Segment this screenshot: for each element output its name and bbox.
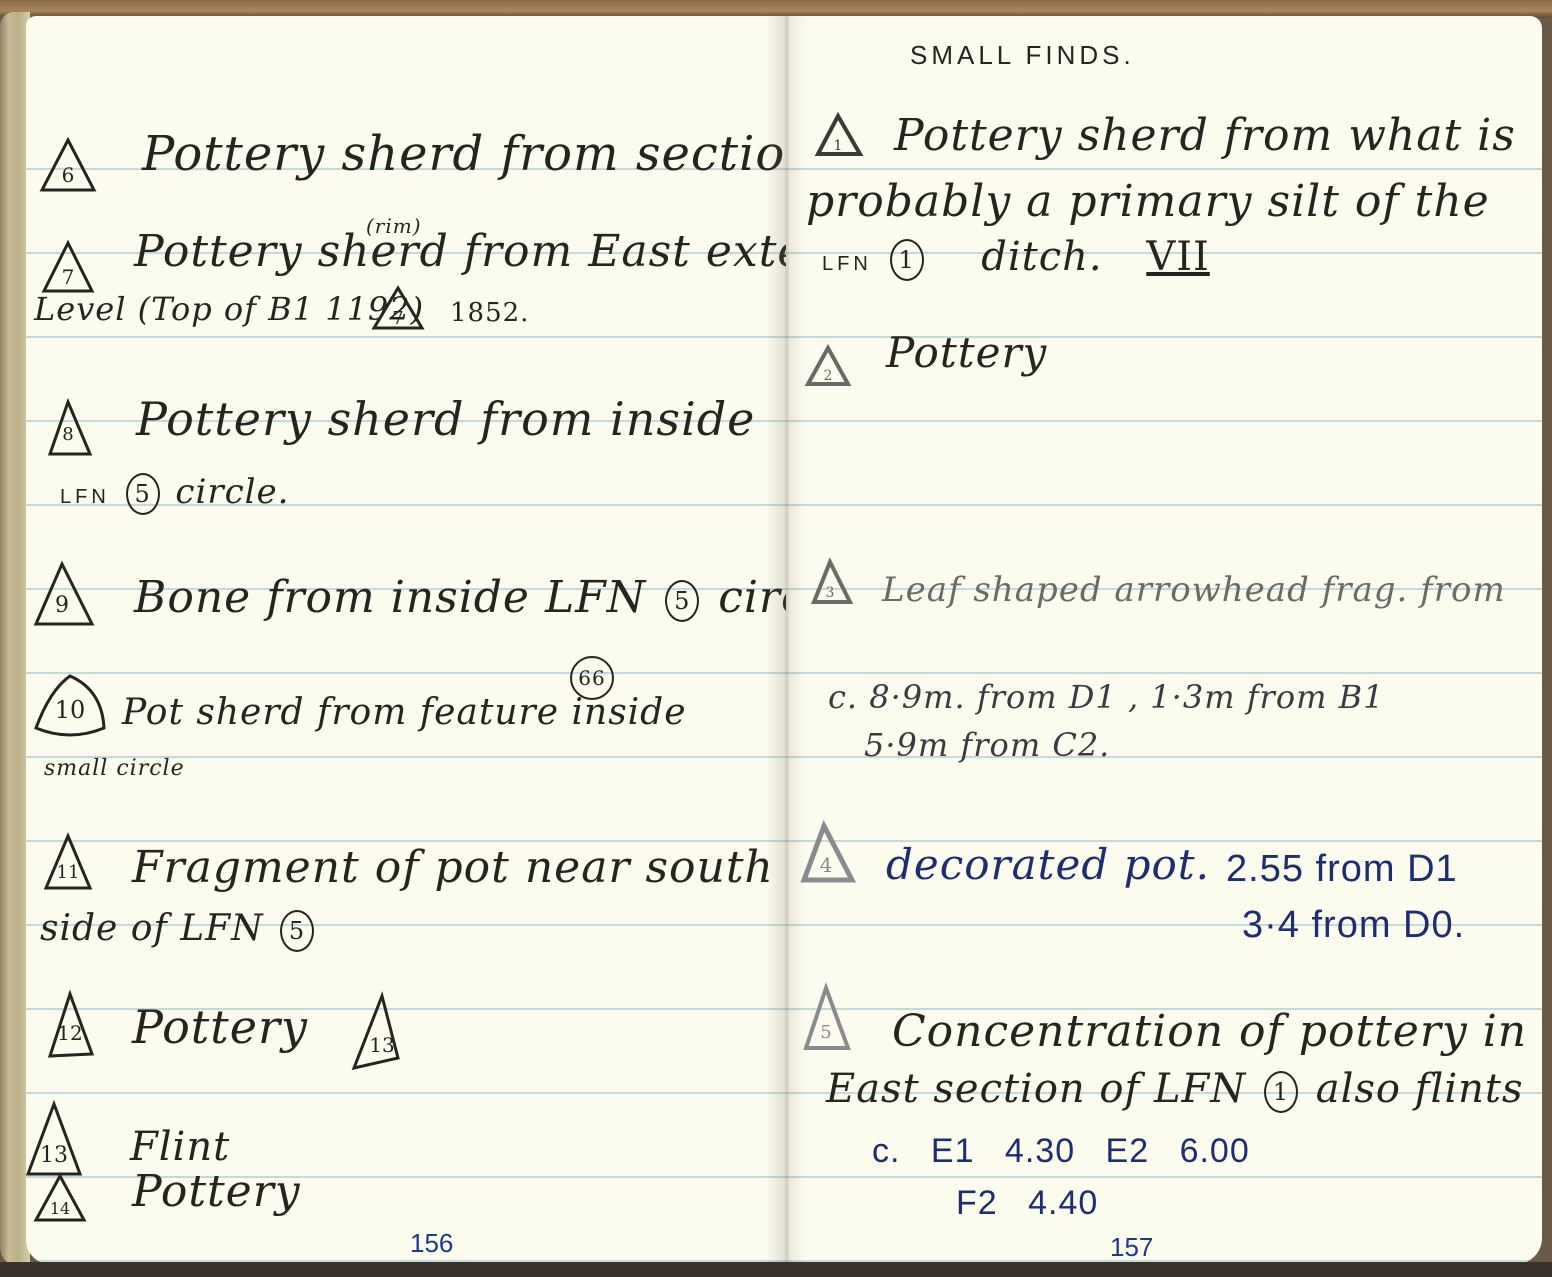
svg-text:9: 9 [55, 593, 69, 618]
roman-numeral-label: VII [1146, 234, 1210, 280]
lfn-circle: 5 [665, 580, 699, 622]
lfn-circle: 1 [1264, 1071, 1298, 1113]
entry-1-line3: LFN 1 ditch. VII [822, 234, 1210, 281]
svg-text:14: 14 [50, 1199, 70, 1218]
entry-6-text: Pottery sherd from section 3 B [142, 126, 786, 182]
lfn-circle: 1 [890, 239, 924, 281]
svg-text:7: 7 [62, 265, 75, 289]
entry-8-line2: LFN 5 circle. [60, 472, 289, 515]
entry-10-line2: small circle [44, 756, 185, 781]
entry-11-text: Fragment of pot near south [132, 842, 774, 893]
entry-3-measure-1: c. 8·9m. from D1 , 1·3m from B1 [828, 678, 1385, 716]
entry-1-text: Pottery sherd from what is [894, 110, 1516, 161]
notebook-cover-bottom [0, 1262, 1552, 1277]
svg-text:10: 10 [55, 696, 86, 724]
entry-2-text: Pottery [886, 328, 1047, 377]
entry-5-measure-2: F2 4.40 [956, 1184, 1098, 1223]
entry-7-level: Level (Top of B1 1192) [34, 290, 424, 328]
entry-7-text: Pottery sherd from East extention [134, 226, 786, 277]
page-number: 157 [1110, 1232, 1153, 1263]
entry-7-number: 1852. [450, 298, 529, 328]
lfn-circle: 5 [280, 910, 314, 952]
entry-10-text: Pot sherd from feature inside [122, 692, 687, 733]
svg-text:1: 1 [834, 138, 843, 154]
svg-text:7: 7 [392, 308, 403, 329]
entry-5-line2: East section of LFN 1 also flints [826, 1066, 1523, 1113]
entry-14-text: Pottery [132, 1166, 301, 1217]
svg-text:5: 5 [820, 1022, 831, 1043]
svg-text:2: 2 [824, 368, 833, 384]
entry-12-text: Pottery [132, 1000, 308, 1054]
svg-text:3: 3 [826, 585, 835, 601]
entry-8-text: Pottery sherd from inside [136, 392, 755, 446]
entry-3-measure-2: 5·9m from C2. [864, 726, 1110, 764]
right-page: SMALL FINDS. 1 Pottery sherd from what i… [786, 16, 1542, 1264]
lfn-circle: 5 [126, 473, 160, 515]
svg-text:4: 4 [820, 853, 833, 877]
svg-text:11: 11 [57, 862, 80, 883]
entry-9-text: Bone from inside LFN 5 circle [134, 572, 786, 623]
svg-text:12: 12 [57, 1021, 82, 1045]
ruled-lines [26, 16, 786, 1264]
svg-text:13: 13 [40, 1143, 68, 1168]
entry-4-measure-1: 2.55 from D1 [1226, 848, 1458, 891]
page-heading: SMALL FINDS. [910, 40, 1135, 71]
entry-3-text: Leaf shaped arrowhead frag. from [882, 570, 1506, 610]
entry-5-measure-1: c. E1 4.30 E2 6.00 [872, 1132, 1250, 1171]
entry-5-text: Concentration of pottery in [892, 1006, 1527, 1057]
entry-11-line2: side of LFN 5 [40, 908, 318, 952]
entry-4-text: decorated pot. [886, 840, 1210, 889]
entry-4-measure-2: 3·4 from D0. [1242, 904, 1465, 947]
left-page: 6 Pottery sherd from section 3 B (rim) 7… [26, 16, 786, 1264]
svg-text:6: 6 [62, 163, 75, 187]
svg-text:13: 13 [369, 1033, 394, 1057]
page-number: 156 [410, 1228, 453, 1259]
entry-13-text: Flint [130, 1124, 230, 1170]
entry-1-line2: probably a primary silt of the [806, 176, 1490, 227]
svg-text:8: 8 [62, 424, 73, 445]
